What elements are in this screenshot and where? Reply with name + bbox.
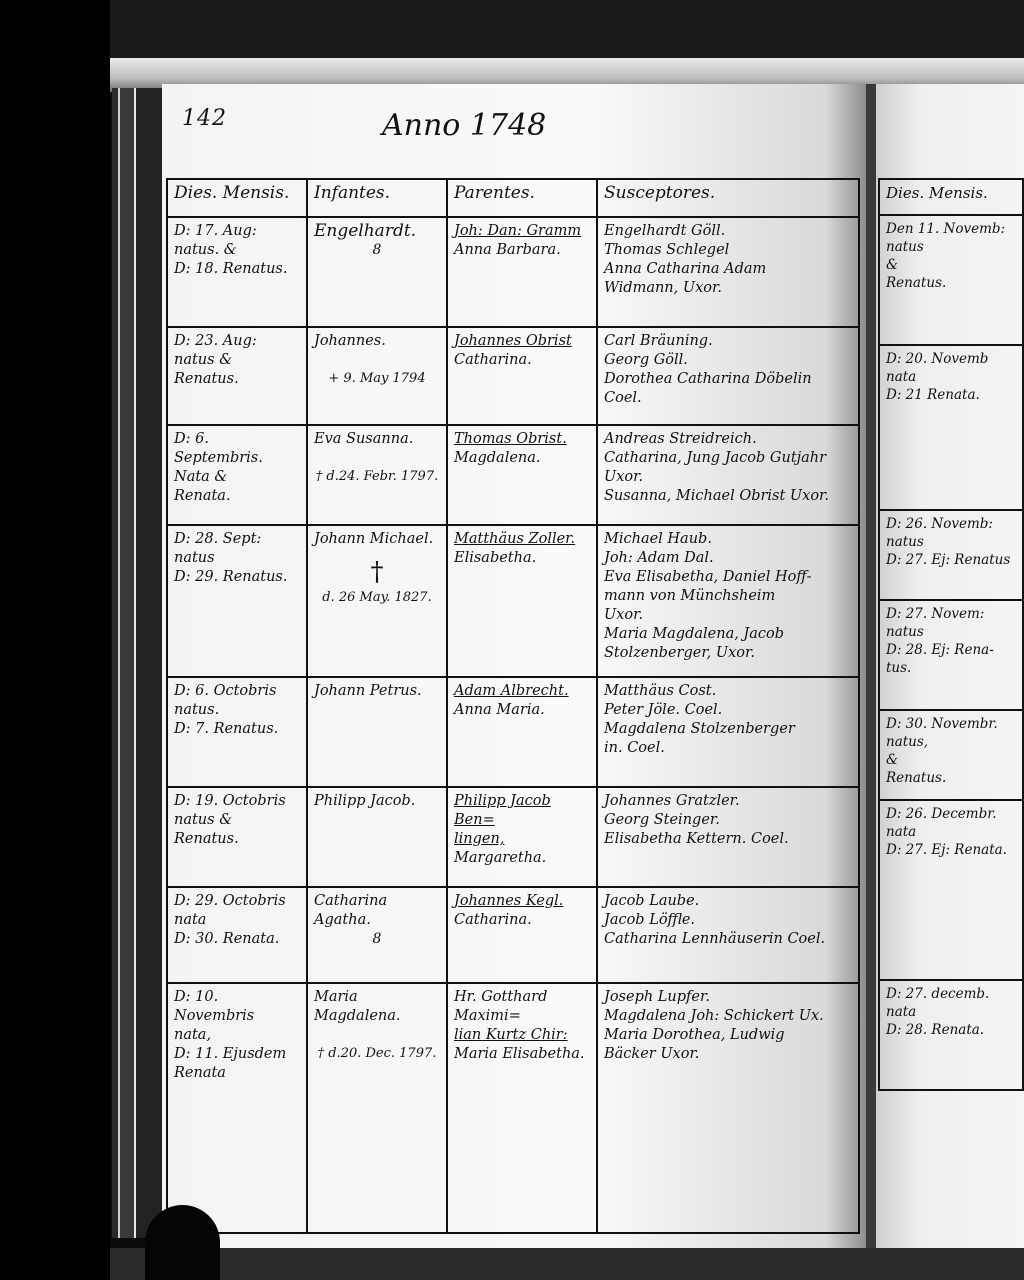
table-row: D: 27. Novem: natus D: 28. Ej: Rena- tus… <box>879 600 1023 710</box>
mother-name: Anna Maria. <box>454 701 590 720</box>
date-line: D: 10. Novembris <box>174 988 300 1026</box>
sponsor-line: Carl Bräuning. <box>604 332 852 351</box>
date-cell: D: 26. Decembr. nata D: 27. Ej: Renata. <box>879 800 1023 980</box>
column-header-sponsors: Susceptores. <box>597 179 859 217</box>
date-cell: D: 28. Sept: natus D: 29. Renatus. <box>167 525 307 677</box>
sponsors-cell: Johannes Gratzler. Georg Steinger. Elisa… <box>597 787 859 887</box>
sponsor-line: in. Coel. <box>604 739 852 758</box>
date-cell: D: 19. Octobris natus & Renatus. <box>167 787 307 887</box>
date-cell: D: 29. Octobris nata D: 30. Renata. <box>167 887 307 983</box>
death-note: d. 26 May. 1827. <box>314 588 440 607</box>
date-line: D: 6. Septembris. <box>174 430 300 468</box>
date-line: & <box>886 751 1016 769</box>
table-row: D: 10. Novembris nata, D: 11. Ejusdem Re… <box>167 983 859 1233</box>
book-spine <box>112 88 164 1238</box>
sponsor-line: Elisabetha Kettern. Coel. <box>604 830 852 849</box>
sponsors-cell: Engelhardt Göll. Thomas Schlegel Anna Ca… <box>597 217 859 327</box>
sponsor-line: Anna Catharina Adam <box>604 260 852 279</box>
date-line: nata <box>886 1003 1016 1021</box>
parents-cell: Hr. Gotthard Maximi= lian Kurtz Chir: Ma… <box>447 983 597 1233</box>
right-page-partial: Dies. Mensis. Den 11. Novemb: natus & Re… <box>876 84 1024 1252</box>
death-note: † d.24. Febr. 1797. <box>314 467 440 486</box>
father-name: Johannes Obrist <box>454 332 590 351</box>
date-line: D: 21 Renata. <box>886 386 1016 404</box>
infant-name: Johannes. <box>314 332 440 351</box>
table-row: D: 23. Aug: natus & Renatus. Johannes. +… <box>167 327 859 425</box>
date-line: nata <box>886 368 1016 386</box>
sponsor-line: Andreas Streidreich. <box>604 430 852 449</box>
date-line: natus <box>886 533 1016 551</box>
date-line: natus & <box>174 811 300 830</box>
date-line: D: 26. Novemb: <box>886 515 1016 533</box>
sponsor-line: Johannes Gratzler. <box>604 792 852 811</box>
sponsor-line: Uxor. <box>604 606 852 625</box>
parents-cell: Joh: Dan: Gramm Anna Barbara. <box>447 217 597 327</box>
date-cell: D: 26. Novemb: natus D: 27. Ej: Renatus <box>879 510 1023 600</box>
sponsors-cell: Joseph Lupfer. Magdalena Joh: Schickert … <box>597 983 859 1233</box>
date-cell: D: 20. Novemb nata D: 21 Renata. <box>879 345 1023 510</box>
date-line: D: 26. Decembr. <box>886 805 1016 823</box>
father-name: Joh: Dan: Gramm <box>454 222 590 241</box>
sponsor-line: Coel. <box>604 389 852 408</box>
sponsor-line: Engelhardt Göll. <box>604 222 852 241</box>
date-cell: Den 11. Novemb: natus & Renatus. <box>879 215 1023 345</box>
table-row: D: 28. Sept: natus D: 29. Renatus. Johan… <box>167 525 859 677</box>
mother-name: Maria Elisabetha. <box>454 1045 590 1064</box>
date-line: natus <box>886 623 1016 641</box>
sponsor-line: Magdalena Joh: Schickert Ux. <box>604 1007 852 1026</box>
father-name: Thomas Obrist. <box>454 430 590 449</box>
infant-name: Engelhardt. <box>314 222 440 241</box>
date-line: D: 23. Aug: natus & <box>174 332 300 370</box>
death-note: † d.20. Dec. 1797. <box>314 1044 440 1063</box>
infant-cell: Johannes. + 9. May 1794 <box>307 327 447 425</box>
date-line: D: 30. Renata. <box>174 930 300 949</box>
date-line: D: 27. Novem: <box>886 605 1016 623</box>
table-row: D: 26. Decembr. nata D: 27. Ej: Renata. <box>879 800 1023 980</box>
parents-cell: Thomas Obrist. Magdalena. <box>447 425 597 525</box>
sponsors-cell: Carl Bräuning. Georg Göll. Dorothea Cath… <box>597 327 859 425</box>
date-line: natus. <box>174 701 300 720</box>
date-cell: D: 27. Novem: natus D: 28. Ej: Rena- tus… <box>879 600 1023 710</box>
table-row: D: 6. Octobris natus. D: 7. Renatus. Joh… <box>167 677 859 787</box>
infant-cell: Johann Petrus. <box>307 677 447 787</box>
date-line: nata, <box>174 1026 300 1045</box>
father-name: Philipp Jacob Ben= <box>454 792 590 830</box>
date-line: Renatus. <box>174 830 300 849</box>
sponsor-line: Eva Elisabetha, Daniel Hoff- <box>604 568 852 587</box>
sponsor-line: Joh: Adam Dal. <box>604 549 852 568</box>
sponsor-line: Maria Magdalena, Jacob <box>604 625 852 644</box>
father-name: Adam Albrecht. <box>454 682 590 701</box>
infant-name: Johann Michael. <box>314 530 440 549</box>
sponsors-cell: Jacob Laube. Jacob Löffle. Catharina Len… <box>597 887 859 983</box>
date-line: D: 18. Renatus. <box>174 260 300 279</box>
father-name-cont: lian Kurtz Chir: <box>454 1026 590 1045</box>
infant-cell: Maria Magdalena. † d.20. Dec. 1797. <box>307 983 447 1233</box>
date-line: & <box>886 256 1016 274</box>
cross-icon: † <box>314 563 440 582</box>
sponsors-cell: Andreas Streidreich. Catharina, Jung Jac… <box>597 425 859 525</box>
date-cell: D: 23. Aug: natus & Renatus. <box>167 327 307 425</box>
date-line: D: 27. Ej: Renatus <box>886 551 1016 569</box>
date-line: nata <box>174 911 300 930</box>
date-line: Renatus. <box>886 274 1016 292</box>
father-name: Hr. Gotthard Maximi= <box>454 988 590 1026</box>
sponsor-line: Uxor. <box>604 468 852 487</box>
table-row: D: 29. Octobris nata D: 30. Renata. Cath… <box>167 887 859 983</box>
sponsor-line: Susanna, Michael Obrist Uxor. <box>604 487 852 506</box>
father-name: Matthäus Zoller. <box>454 530 590 549</box>
sponsor-line: Joseph Lupfer. <box>604 988 852 1007</box>
mother-name: Anna Barbara. <box>454 241 590 260</box>
infant-cell: Engelhardt. 8 <box>307 217 447 327</box>
sponsor-line: Georg Göll. <box>604 351 852 370</box>
column-header-date: Dies. Mensis. <box>167 179 307 217</box>
parents-cell: Johannes Obrist Catharina. <box>447 327 597 425</box>
infant-name: Eva Susanna. <box>314 430 440 449</box>
table-header-row: Dies. Mensis. <box>879 179 1023 215</box>
date-line: D: 28. Sept: natus <box>174 530 300 568</box>
sponsor-line: Maria Dorothea, Ludwig <box>604 1026 852 1045</box>
date-cell: D: 17. Aug: natus. & D: 18. Renatus. <box>167 217 307 327</box>
mother-name: Catharina. <box>454 911 590 930</box>
register-table: Dies. Mensis. Infantes. Parentes. Suscep… <box>166 178 860 1234</box>
date-line: tus. <box>886 659 1016 677</box>
date-cell: D: 27. decemb. nata D: 28. Renata. <box>879 980 1023 1090</box>
table-row: D: 19. Octobris natus & Renatus. Philipp… <box>167 787 859 887</box>
infant-note: 8 <box>314 930 440 949</box>
mother-name: Catharina. <box>454 351 590 370</box>
date-line: D: 17. Aug: natus. & <box>174 222 300 260</box>
register-table-right: Dies. Mensis. Den 11. Novemb: natus & Re… <box>878 178 1024 1091</box>
sponsor-line: Matthäus Cost. <box>604 682 852 701</box>
sponsors-cell: Michael Haub. Joh: Adam Dal. Eva Elisabe… <box>597 525 859 677</box>
sponsor-line: Peter Jöle. Coel. <box>604 701 852 720</box>
date-cell: D: 6. Septembris. Nata & Renata. <box>167 425 307 525</box>
page-bottom-shadow <box>110 1248 1024 1280</box>
infant-cell: Philipp Jacob. <box>307 787 447 887</box>
mother-name: Magdalena. <box>454 449 590 468</box>
sponsor-line: Bäcker Uxor. <box>604 1045 852 1064</box>
date-line: D: 27. decemb. <box>886 985 1016 1003</box>
column-header-infants: Infantes. <box>307 179 447 217</box>
date-line: D: 6. Octobris <box>174 682 300 701</box>
page-title: Anno 1748 <box>382 108 546 143</box>
father-name-cont: lingen, <box>454 830 590 849</box>
date-line: Den 11. Novemb: <box>886 220 1016 238</box>
sponsor-line: Stolzenberger, Uxor. <box>604 644 852 663</box>
table-row: D: 27. decemb. nata D: 28. Renata. <box>879 980 1023 1090</box>
date-line: D: 29. Octobris <box>174 892 300 911</box>
mother-name: Margaretha. <box>454 849 590 868</box>
date-line: Renatus. <box>886 769 1016 787</box>
infant-name: Philipp Jacob. <box>314 792 440 811</box>
scan-border-top <box>110 0 1024 58</box>
date-line: D: 28. Renata. <box>886 1021 1016 1039</box>
date-cell: D: 10. Novembris nata, D: 11. Ejusdem Re… <box>167 983 307 1233</box>
date-line: Renatus. <box>174 370 300 389</box>
table-row: D: 30. Novembr. natus, & Renatus. <box>879 710 1023 800</box>
infant-name: Catharina Agatha. <box>314 892 440 930</box>
date-line: D: 19. Octobris <box>174 792 300 811</box>
date-cell: D: 30. Novembr. natus, & Renatus. <box>879 710 1023 800</box>
date-line: natus, <box>886 733 1016 751</box>
date-line: Nata & <box>174 468 300 487</box>
date-line: D: 28. Ej: Rena- <box>886 641 1016 659</box>
sponsors-cell: Matthäus Cost. Peter Jöle. Coel. Magdale… <box>597 677 859 787</box>
date-line: D: 30. Novembr. <box>886 715 1016 733</box>
date-line: nata <box>886 823 1016 841</box>
table-row: D: 17. Aug: natus. & D: 18. Renatus. Eng… <box>167 217 859 327</box>
sponsor-line: Widmann, Uxor. <box>604 279 852 298</box>
thumb-shadow <box>145 1205 220 1280</box>
scan-border-left <box>0 0 110 1280</box>
sponsor-line: mann von Münchsheim <box>604 587 852 606</box>
sponsor-line: Jacob Löffle. <box>604 911 852 930</box>
date-cell: D: 6. Octobris natus. D: 7. Renatus. <box>167 677 307 787</box>
table-row: D: 6. Septembris. Nata & Renata. Eva Sus… <box>167 425 859 525</box>
table-header-row: Dies. Mensis. Infantes. Parentes. Suscep… <box>167 179 859 217</box>
date-line: natus <box>886 238 1016 256</box>
column-header-date: Dies. Mensis. <box>879 179 1023 215</box>
parents-cell: Johannes Kegl. Catharina. <box>447 887 597 983</box>
infant-name: Maria Magdalena. <box>314 988 440 1026</box>
infant-cell: Johann Michael. † d. 26 May. 1827. <box>307 525 447 677</box>
table-row: Den 11. Novemb: natus & Renatus. <box>879 215 1023 345</box>
parents-cell: Adam Albrecht. Anna Maria. <box>447 677 597 787</box>
sponsor-line: Georg Steinger. <box>604 811 852 830</box>
folio-number: 142 <box>182 106 227 131</box>
column-header-parents: Parentes. <box>447 179 597 217</box>
date-line: D: 7. Renatus. <box>174 720 300 739</box>
infant-cell: Eva Susanna. † d.24. Febr. 1797. <box>307 425 447 525</box>
mother-name: Elisabetha. <box>454 549 590 568</box>
sponsor-line: Catharina, Jung Jacob Gutjahr <box>604 449 852 468</box>
date-line: D: 20. Novemb <box>886 350 1016 368</box>
sponsor-line: Catharina Lennhäuserin Coel. <box>604 930 852 949</box>
sponsor-line: Magdalena Stolzenberger <box>604 720 852 739</box>
sponsor-line: Dorothea Catharina Döbelin <box>604 370 852 389</box>
father-name: Johannes Kegl. <box>454 892 590 911</box>
table-row: D: 20. Novemb nata D: 21 Renata. <box>879 345 1023 510</box>
infant-name: Johann Petrus. <box>314 682 440 701</box>
left-page: 142 Anno 1748 Dies. Mensis. Infantes. Pa… <box>162 84 868 1252</box>
death-note: + 9. May 1794 <box>314 369 440 388</box>
infant-note: 8 <box>314 241 440 260</box>
date-line: D: 11. Ejusdem Renata <box>174 1045 300 1083</box>
sponsor-line: Thomas Schlegel <box>604 241 852 260</box>
infant-cell: Catharina Agatha. 8 <box>307 887 447 983</box>
parents-cell: Philipp Jacob Ben= lingen, Margaretha. <box>447 787 597 887</box>
parents-cell: Matthäus Zoller. Elisabetha. <box>447 525 597 677</box>
date-line: D: 29. Renatus. <box>174 568 300 587</box>
table-row: D: 26. Novemb: natus D: 27. Ej: Renatus <box>879 510 1023 600</box>
date-line: D: 27. Ej: Renata. <box>886 841 1016 859</box>
date-line: Renata. <box>174 487 300 506</box>
sponsor-line: Jacob Laube. <box>604 892 852 911</box>
sponsor-line: Michael Haub. <box>604 530 852 549</box>
